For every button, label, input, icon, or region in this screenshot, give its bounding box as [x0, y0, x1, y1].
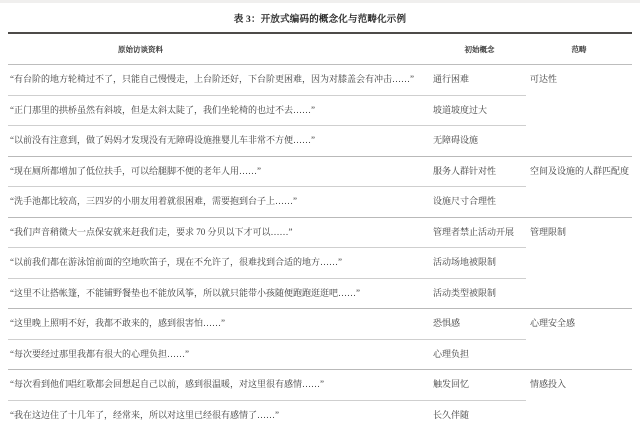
concept-cell: 服务人群针对性	[433, 156, 526, 187]
quote-cell: “现在厕所都增加了低位扶手，可以给腿脚不便的老年人用……”	[8, 156, 433, 187]
table-row: “有台阶的地方轮椅过不了，只能自己慢慢走，上台阶还好，下台阶更困难，因为对膝盖会…	[8, 65, 632, 96]
quote-cell: “有台阶的地方轮椅过不了，只能自己慢慢走，上台阶还好，下台阶更困难，因为对膝盖会…	[8, 65, 433, 96]
category-cell: 空间及设施的人群匹配度	[526, 156, 632, 217]
quote-cell: “我在这边住了十几年了，经常来，所以对这里已经很有感情了……”	[8, 400, 433, 426]
category-cell: 管理限制	[526, 217, 632, 309]
header-initial-concept: 初始概念	[433, 33, 526, 65]
concept-cell: 心理负担	[433, 339, 526, 370]
quote-cell: “以前我们都在游泳馆前面的空地吹笛子，现在不允许了，很难找到合适的地方……”	[8, 248, 433, 279]
header-row: 原始访谈资料 初始概念 范畴	[8, 33, 632, 65]
category-cell: 心理安全感	[526, 309, 632, 370]
table-row: “现在厕所都增加了低位扶手，可以给腿脚不便的老年人用……”服务人群针对性空间及设…	[8, 156, 632, 187]
quote-cell: “这里不让搭帐篷，不能铺野餐垫也不能放风筝，所以就只能带小孩随便跑跑逛逛吧……”	[8, 278, 433, 309]
concept-cell: 长久伴随	[433, 400, 526, 426]
quote-cell: “这里晚上照明不好，我都不敢来的，感到很害怕……”	[8, 309, 433, 340]
table-title: 表 3：开放式编码的概念化与范畴化示例	[0, 11, 640, 25]
category-cell: 可达性	[526, 65, 632, 157]
concept-cell: 触发回忆	[433, 370, 526, 401]
quote-cell: “每次要经过那里我都有很大的心理负担……”	[8, 339, 433, 370]
quote-cell: “正门那里的拱桥虽然有斜坡，但是太斜太陡了，我们坐轮椅的也过不去……”	[8, 95, 433, 126]
concept-cell: 活动类型被限制	[433, 278, 526, 309]
concept-cell: 坡道坡度过大	[433, 95, 526, 126]
concept-cell: 恐惧感	[433, 309, 526, 340]
concept-cell: 设施尺寸合理性	[433, 187, 526, 218]
category-cell: 情感投入	[526, 370, 632, 426]
concept-cell: 通行困难	[433, 65, 526, 96]
quote-cell: “我们声音稍微大一点保安就来赶我们走，要求 70 分贝以下才可以……”	[8, 217, 433, 248]
concept-cell: 无障碍设施	[433, 126, 526, 157]
table-row: “每次看到他们唱红歌都会回想起自己以前，感到很温暖，对这里很有感情……”触发回忆…	[8, 370, 632, 401]
page-top-edge	[0, 0, 640, 3]
concept-cell: 活动场地被限制	[433, 248, 526, 279]
quote-cell: “每次看到他们唱红歌都会回想起自己以前，感到很温暖，对这里很有感情……”	[8, 370, 433, 401]
quote-cell: “洗手池都比较高，三四岁的小朋友用着就很困难，需要抱到台子上……”	[8, 187, 433, 218]
header-category: 范畴	[526, 33, 632, 65]
table-row: “我们声音稍微大一点保安就来赶我们走，要求 70 分贝以下才可以……”管理者禁止…	[8, 217, 632, 248]
quote-cell: “以前没有注意到，做了妈妈才发现没有无障碍设施推婴儿车非常不方便……”	[8, 126, 433, 157]
header-original-interview-data: 原始访谈资料	[8, 33, 433, 65]
table-row: “这里晚上照明不好，我都不敢来的，感到很害怕……”恐惧感心理安全感	[8, 309, 632, 340]
coding-table: 原始访谈资料 初始概念 范畴 “有台阶的地方轮椅过不了，只能自己慢慢走，上台阶还…	[8, 32, 632, 426]
concept-cell: 管理者禁止活动开展	[433, 217, 526, 248]
